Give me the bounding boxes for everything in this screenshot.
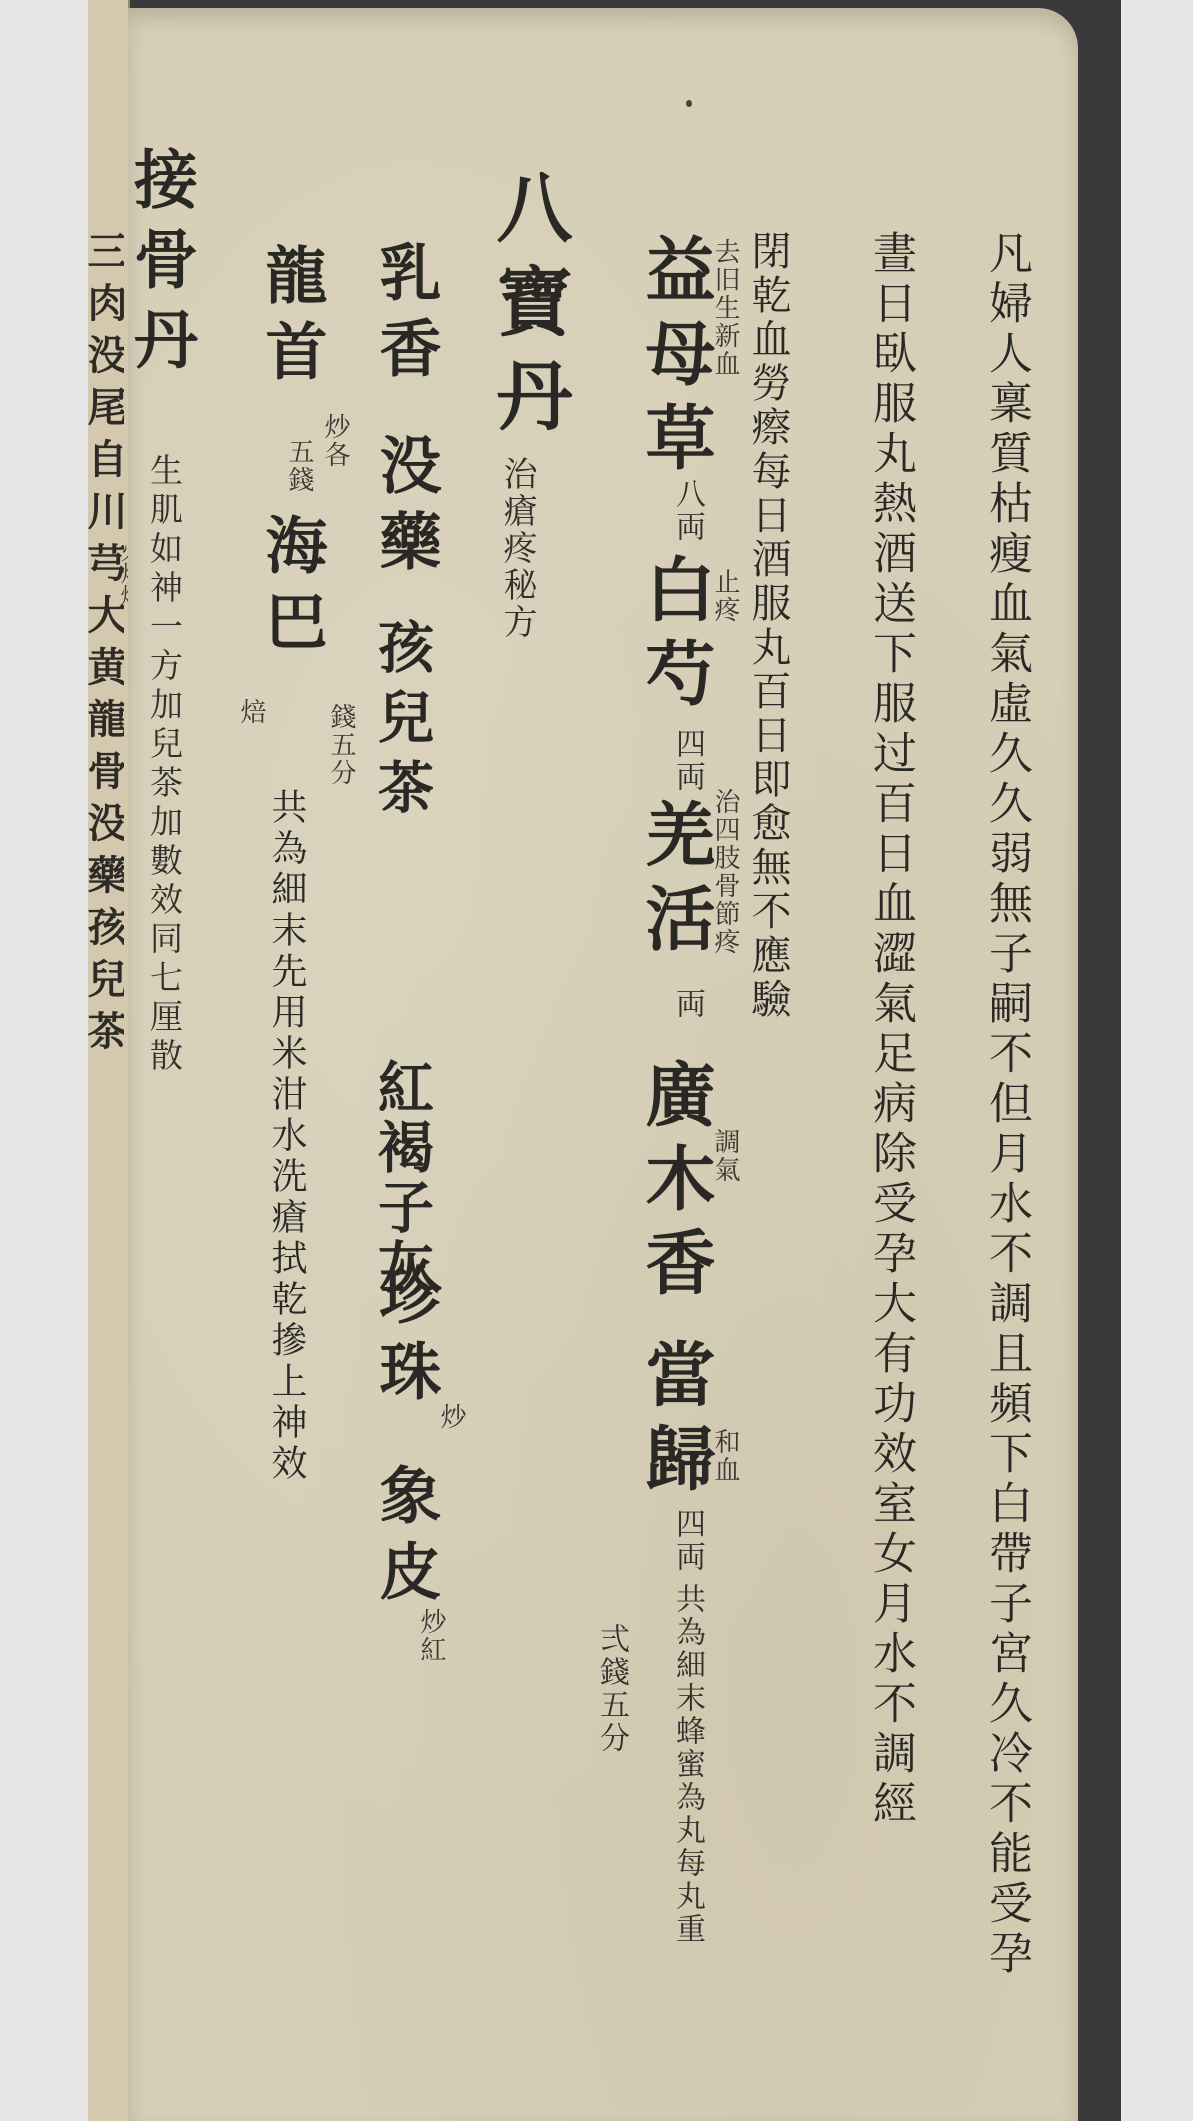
ingredient-name: 龍首 [260, 243, 322, 395]
ingredient-qty: 四両 [672, 728, 702, 794]
ingredient-name: 當歸 [640, 1338, 710, 1506]
text-column-2: 晝日臥服丸熱酒送下服过百日血澀氣足病除受孕大有功效室女月水不調經 [868, 230, 912, 1830]
ingredient-note: 去旧生新血 [712, 238, 738, 378]
recipe-2-subtitle: 治瘡疼秘方 [500, 456, 534, 641]
recipe-3-title: 接骨丹 [128, 146, 192, 386]
ingredient-name: 乳香 [374, 240, 436, 392]
ingredient-name: 廣木香 [640, 1058, 710, 1310]
recipe-3-text: 生肌如神一方加兒茶加數效同七厘散 [148, 453, 181, 1077]
ingredient-note: 止疼 [712, 568, 738, 624]
text-column-3: 閉乾血勞瘵每日酒服丸百日即愈無不應驗 [748, 230, 788, 1022]
ingredient-note: 炒 [438, 1403, 464, 1431]
ingredient-note: 和血 [712, 1428, 738, 1484]
ingredient-qty: 四両 [672, 1508, 702, 1574]
text-column-1: 凡婦人稟質枯瘦血氣虛久久弱無子嗣不但月水不調且頻下白帶子宮久冷不能受孕 [984, 230, 1028, 1980]
manuscript-page: 凡婦人稟質枯瘦血氣虛久久弱無子嗣不但月水不調且頻下白帶子宮久冷不能受孕 晝日臥服… [128, 8, 1078, 2121]
previous-page-text: 三肉没尾自川芎大黄龍骨没藥孩兒茶 [88, 230, 124, 1062]
recipe-2-ingredients-a: 乳香 没藥 孩兒茶 紅褐子灰 珍珠 炒 象皮 炒紅 [358, 8, 478, 2108]
ingredient-name: 白芍 [640, 553, 710, 721]
ingredient-name: 孩兒茶 [374, 618, 430, 828]
ingredient-qty: 八両 [672, 478, 702, 544]
ingredient-name: 羌活 [640, 798, 710, 966]
ingredient-qty: 錢五分 [328, 703, 354, 787]
recipe-1-instructions-cont: 弍錢五分 [596, 1623, 626, 1755]
ingredient-name: 象皮 [374, 1463, 436, 1615]
recipe-2-instructions: 共為細末先用米泔水洗瘡拭乾摻上神效 [268, 788, 304, 1485]
recipe-2-title: 八寶丹 [490, 168, 566, 450]
ingredient-name: 珍珠 [374, 1263, 436, 1415]
ingredient-note: 焙 [238, 698, 264, 726]
ingredient-qty: 五錢 [286, 438, 312, 494]
ingredient-note: 炒各 [322, 413, 348, 469]
ingredient-name: 海巴 [260, 513, 322, 665]
ingredient-name: 紅褐子灰 [374, 1058, 430, 1298]
recipe-2-ingredients-b: 龍首 炒各 五錢 海巴 焙 錢五分 共為細末先用米泔水洗瘡拭乾摻上神效 [238, 8, 368, 2108]
recipe-1-instructions: 共為細末蜂蜜為丸每丸重 [672, 1583, 702, 1946]
recipe-1-ingredients: 益母草 去旧生新血 八両 白芍 止疼 四両 羌活 治四肢骨節疼 両 廣木香 調氣… [618, 8, 748, 2108]
ingredient-note: 調氣 [712, 1128, 738, 1184]
ingredient-note: 炒紅 [418, 1608, 444, 1664]
ingredient-qty: 両 [672, 988, 702, 1021]
ingredient-note: 治四肢骨節疼 [712, 788, 738, 956]
ingredient-name: 没藥 [374, 433, 436, 585]
ingredient-name: 益母草 [640, 233, 710, 485]
